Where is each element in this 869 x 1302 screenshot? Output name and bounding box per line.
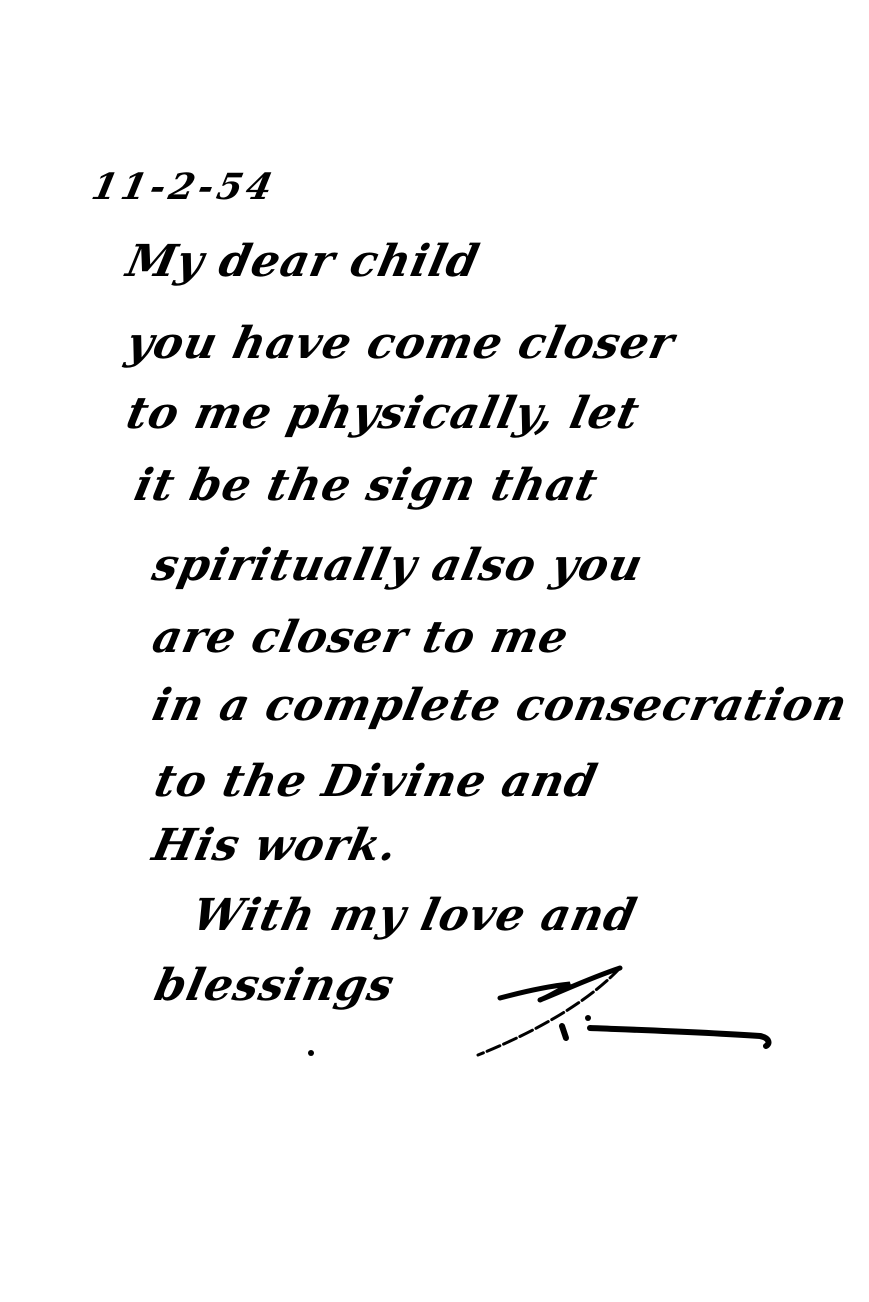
body-line-5: are closer to me xyxy=(148,612,574,663)
closing-line-1: With my love and xyxy=(188,890,641,941)
body-line-1: you have come closer xyxy=(122,318,679,369)
body-line-7: to the Divine and xyxy=(150,756,602,807)
letter-salutation: My dear child xyxy=(122,236,484,287)
closing-line-2: blessings xyxy=(150,960,399,1011)
body-line-6: in a complete consecration xyxy=(148,680,852,731)
body-line-2: to me physically, let xyxy=(122,388,644,439)
body-line-4: spiritually also you xyxy=(148,540,648,591)
letter-date: 11-2-54 xyxy=(88,166,280,208)
signature-icon xyxy=(470,960,780,1060)
body-line-8: His work. xyxy=(148,820,402,871)
body-line-3: it be the sign that xyxy=(130,460,603,511)
letter-page: 11-2-54 My dear child you have come clos… xyxy=(0,0,869,1302)
ink-speck xyxy=(308,1050,314,1056)
